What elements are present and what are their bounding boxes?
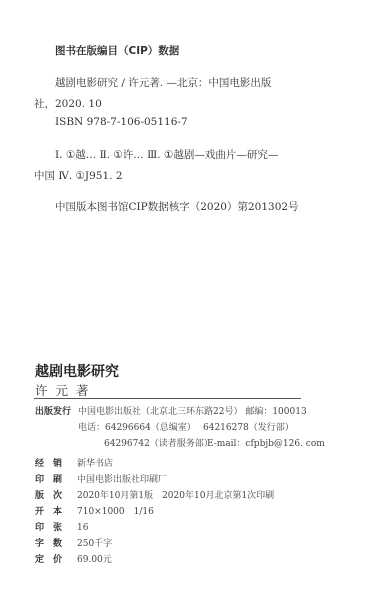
cip-line-1: 越剧电影研究 / 许元著. —北京：中国电影出版 xyxy=(55,75,271,90)
colophon-row: 定 价69.00元 xyxy=(35,547,112,566)
cip-isbn: ISBN 978-7-106-05116-7 xyxy=(55,116,188,128)
row-value: 69.00元 xyxy=(77,555,112,565)
cip-classification-2: 中国 Ⅳ. ①J951. 2 xyxy=(34,168,123,183)
publisher-value: 中国电影出版社（北京北三环东路22号） 邮编：100013 xyxy=(78,404,307,417)
phone-reader-service: 64296742（读者服务部） xyxy=(104,436,213,449)
book-author: 许元著 xyxy=(35,381,97,399)
phone-distribution: 64216278（发行部） xyxy=(203,420,294,433)
cip-line-2: 社，2020. 10 xyxy=(34,96,102,111)
phone-editorial: 电话：64296664（总编室） xyxy=(78,420,196,433)
row-value: 710×1000 1/16 xyxy=(77,507,154,517)
book-title: 越剧电影研究 xyxy=(35,361,119,381)
row-label: 定 价 xyxy=(35,552,77,565)
email: E-mail：cfpbjb@126. com xyxy=(207,436,325,449)
cip-classification-1: Ⅰ. ①越… Ⅱ. ①许… Ⅲ. ①越剧—戏曲片—研究— xyxy=(55,147,278,162)
divider-rule xyxy=(34,398,301,399)
cip-record-number: 中国版本图书馆CIP数据核字（2020）第201302号 xyxy=(55,199,299,214)
cip-heading: 图书在版编目（CIP）数据 xyxy=(55,43,179,58)
publisher-label: 出版发行 xyxy=(35,404,71,417)
